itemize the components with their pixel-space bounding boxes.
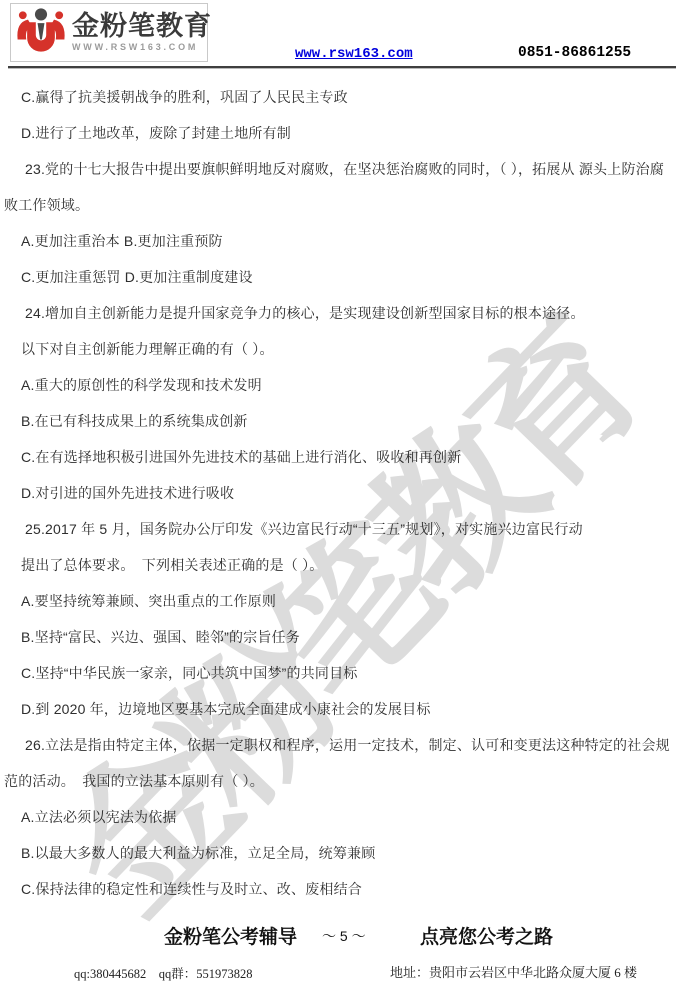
address: 地址：贵阳市云岩区中华北路众厦大厦 6 楼 (390, 962, 637, 981)
option-line: B.以最大多数人的最大利益为标准，立足全局，统筹兼顾 (0, 846, 684, 861)
option-line: C.保持法律的稳定性和连续性与及时立、改、废相结合 (0, 882, 684, 897)
option-line: C.坚持“中华民族一家亲，同心共筑中国梦”的共同目标 (0, 666, 684, 681)
option-line: D.对引进的国外先进技术进行吸收 (0, 486, 684, 501)
question-body: C.赢得了抗美援朝战争的胜利，巩固了人民民主专政 D.进行了土地改革，废除了封建… (0, 90, 684, 918)
question-line: 24.增加自主创新能力是提升国家竞争力的核心，是实现建设创新型国家目标的根本途径… (0, 306, 684, 321)
option-line: A.更加注重治本 B.更加注重预防 (0, 234, 684, 249)
option-line: D.进行了土地改革，废除了封建土地所有制 (0, 126, 684, 141)
question-continuation: 提出了总体要求。 下列相关表述正确的是（ ）。 (0, 558, 684, 573)
document-page: 金粉笔教育 WWW.RSW163.COM www.rsw163.com 0851… (0, 0, 684, 1002)
question-line: 23.党的十七大报告中提出要旗帜鲜明地反对腐败，在坚决惩治腐败的同时，（ ），拓… (0, 162, 684, 177)
footer-brand: 金粉笔公考辅导 (164, 922, 297, 949)
option-line: D.到 2020 年，边境地区要基本完成全面建成小康社会的发展目标 (0, 702, 684, 717)
people-logo-icon (15, 6, 67, 59)
brand-site-caption: WWW.RSW163.COM (72, 43, 212, 52)
header-divider (8, 66, 676, 69)
footer-slogan: 点亮您公考之路 (420, 922, 553, 949)
question-line: 26.立法是指由特定主体，依据一定职权和程序，运用一定技术，制定、认可和变更法这… (0, 738, 684, 753)
option-line: A.立法必须以宪法为依据 (0, 810, 684, 825)
question-continuation: 范的活动。 我国的立法基本原则有（ ）。 (0, 774, 684, 789)
qq-contact: qq:380445682 qq群：551973828 (74, 964, 252, 982)
option-line: C.更加注重惩罚 D.更加注重制度建设 (0, 270, 684, 285)
logo: 金粉笔教育 WWW.RSW163.COM (10, 3, 208, 62)
website-link[interactable]: www.rsw163.com (295, 46, 413, 62)
option-line: C.在有选择地积极引进国外先进技术的基础上进行消化、吸收和再创新 (0, 450, 684, 465)
question-line: 25.2017 年 5 月，国务院办公厅印发《兴边富民行动“十三五”规划》，对实… (0, 522, 684, 537)
option-line: C.赢得了抗美援朝战争的胜利，巩固了人民民主专政 (0, 90, 684, 105)
brand-name: 金粉笔教育 (72, 13, 212, 40)
question-continuation: 败工作领域。 (0, 198, 684, 213)
phone-number: 0851-86861255 (518, 45, 631, 61)
option-line: B.坚持“富民、兴边、强国、睦邻”的宗旨任务 (0, 630, 684, 645)
question-continuation: 以下对自主创新能力理解正确的有（ ）。 (0, 342, 684, 357)
option-line: A.要坚持统筹兼顾、突出重点的工作原则 (0, 594, 684, 609)
page-number: ～ 5 ～ (322, 926, 366, 946)
option-line: B.在已有科技成果上的系统集成创新 (0, 414, 684, 429)
option-line: A.重大的原创性的科学发现和技术发明 (0, 378, 684, 393)
logo-text: 金粉笔教育 WWW.RSW163.COM (72, 13, 212, 52)
